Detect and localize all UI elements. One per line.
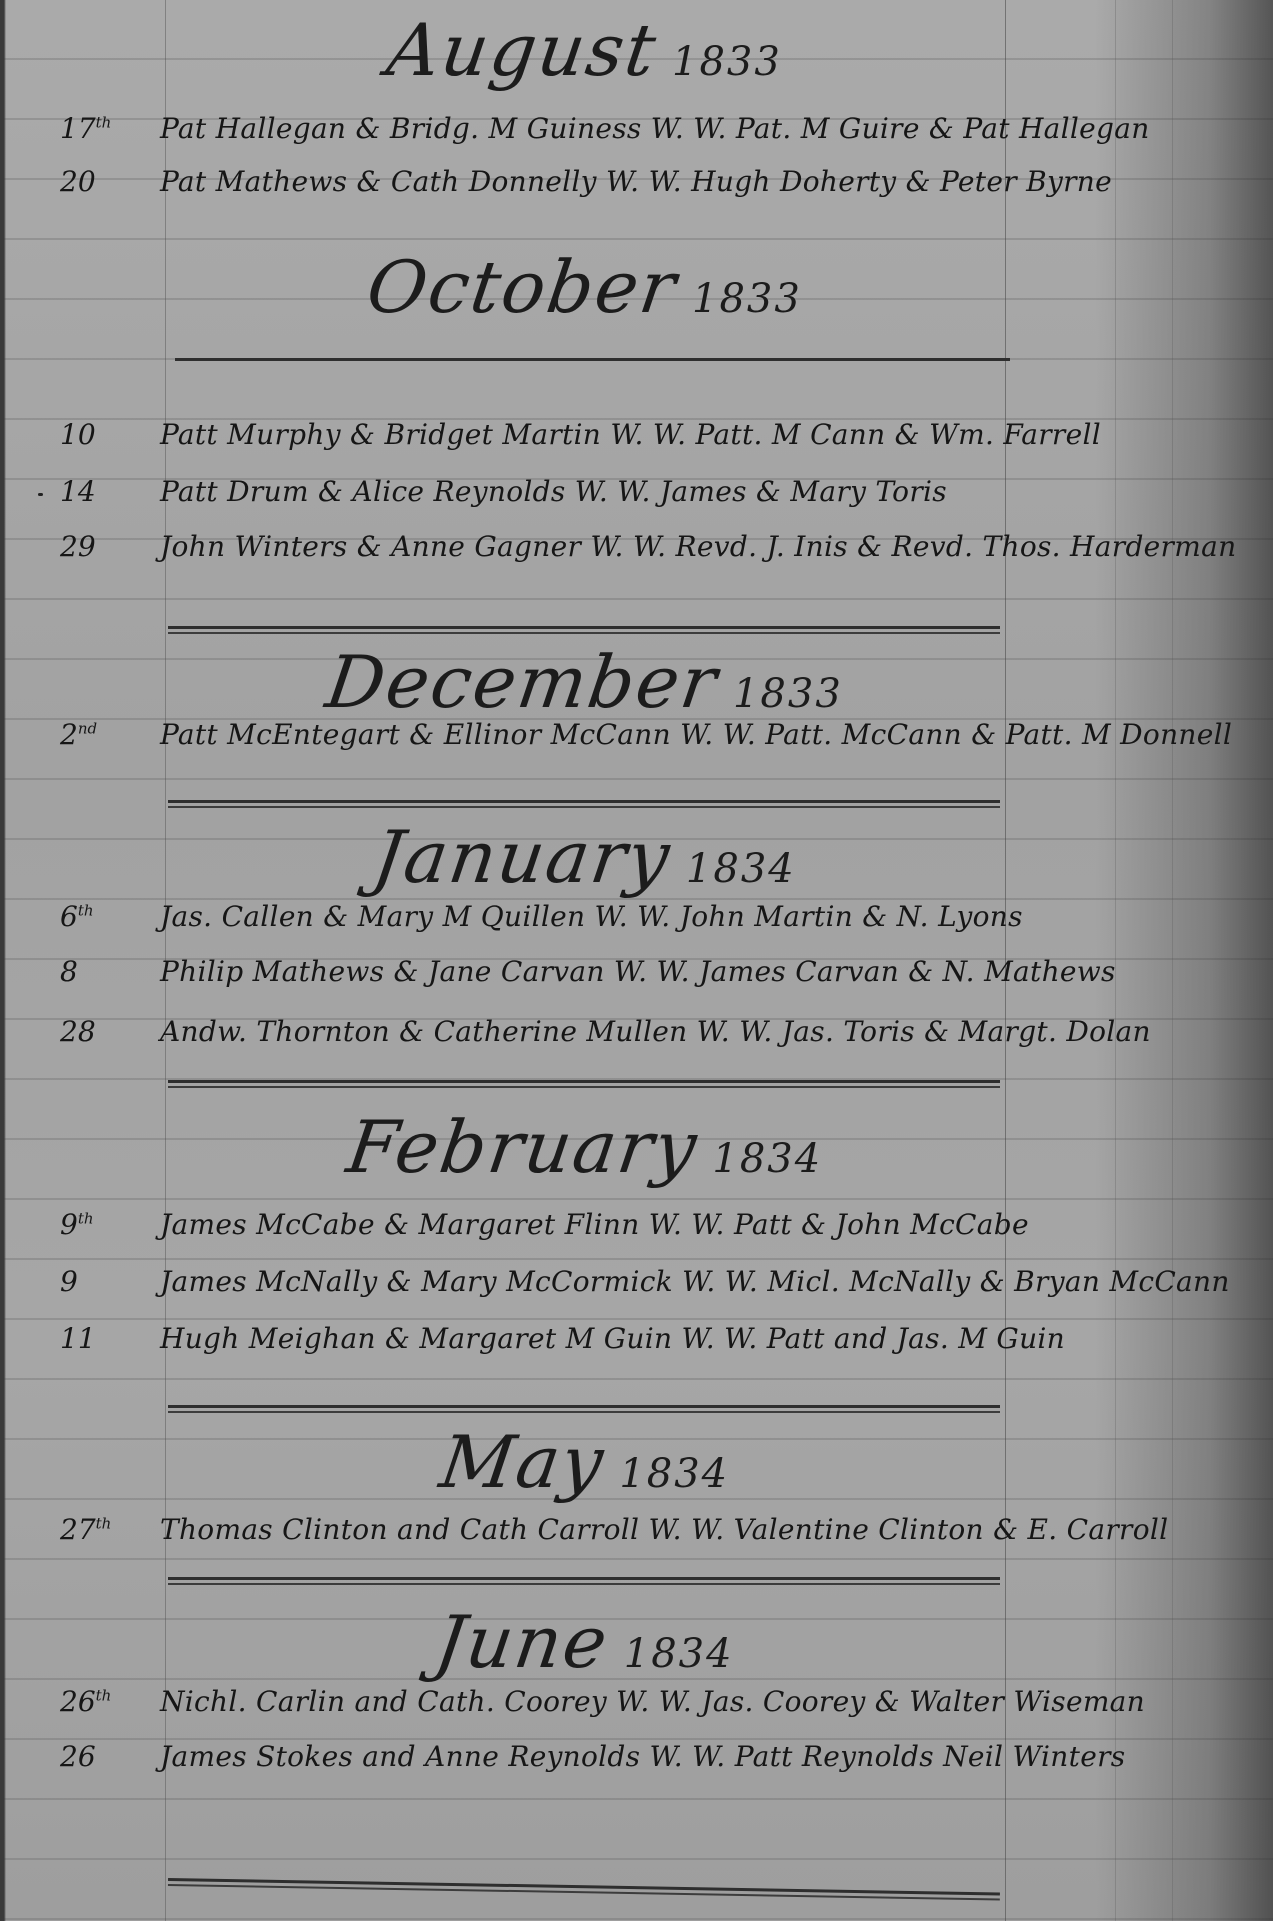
register-entry: 11 Hugh Meighan & Margaret M Guin W. W. … [50,1322,1265,1372]
entry-day: 17th [50,112,160,145]
month-heading-august-1833: August 1833 [170,8,1000,92]
month-name: August [382,8,663,92]
entry-day: 28 [50,1015,160,1048]
entry-text: Patt McEntegart & Ellinor McCann W. W. P… [160,718,1232,751]
section-rule [168,1577,1000,1585]
entry-day: 8 [50,955,160,988]
entry-text: Pat Mathews & Cath Donnelly W. W. Hugh D… [160,165,1112,198]
ink-mark [38,493,43,496]
section-rule [175,358,1010,363]
month-name: February [342,1105,703,1189]
entry-day: 9th [50,1208,160,1241]
entry-text: Patt Drum & Alice Reynolds W. W. James &… [160,475,947,508]
month-heading-may-1834: May 1834 [170,1420,1000,1504]
section-rule [168,626,1000,634]
register-entry: 26th Nichl. Carlin and Cath. Coorey W. W… [50,1685,1265,1735]
entry-text: Hugh Meighan & Margaret M Guin W. W. Pat… [160,1322,1065,1355]
entry-text: Patt Murphy & Bridget Martin W. W. Patt.… [160,418,1101,451]
year: 1834 [624,1631,734,1677]
entry-text: Philip Mathews & Jane Carvan W. W. James… [160,955,1116,988]
section-rule [168,1878,1000,1901]
entry-text: James McCabe & Margaret Flinn W. W. Patt… [160,1208,1029,1241]
entry-day: 27th [50,1513,160,1546]
month-name: October [362,245,683,329]
ledger-page: August 1833 17th Pat Hallegan & Bridg. M… [0,0,1273,1921]
month-name: May [435,1420,610,1504]
entry-day: 6th [50,900,160,933]
register-entry: 26 James Stokes and Anne Reynolds W. W. … [50,1740,1265,1790]
year: 1833 [733,671,843,717]
register-entry: 8 Philip Mathews & Jane Carvan W. W. Jam… [50,955,1265,1005]
entry-text: Andw. Thornton & Catherine Mullen W. W. … [160,1015,1151,1048]
entry-day: 20 [50,165,160,198]
section-rule [168,1080,1000,1088]
month-heading-january-1834: January 1834 [170,815,1000,899]
month-heading-december-1833: December 1833 [170,640,1000,724]
entry-day: 14 [50,475,160,508]
year: 1833 [692,276,802,322]
register-entry: 2nd Patt McEntegart & Ellinor McCann W. … [50,718,1265,768]
entry-day: 26th [50,1685,160,1718]
entry-text: Nichl. Carlin and Cath. Coorey W. W. Jas… [160,1685,1145,1718]
entry-day: 11 [50,1322,160,1355]
register-entry: 9 James McNally & Mary McCormick W. W. M… [50,1265,1265,1315]
entry-day: 10 [50,418,160,451]
month-heading-february-1834: February 1834 [170,1105,1000,1189]
entry-text: James McNally & Mary McCormick W. W. Mic… [160,1265,1230,1298]
entry-text: Jas. Callen & Mary M Quillen W. W. John … [160,900,1023,933]
year: 1834 [686,846,796,892]
register-entry: 27th Thomas Clinton and Cath Carroll W. … [50,1513,1265,1563]
register-entry: 14 Patt Drum & Alice Reynolds W. W. Jame… [50,475,1265,525]
register-entry: 6th Jas. Callen & Mary M Quillen W. W. J… [50,900,1265,950]
month-heading-october-1833: October 1833 [170,245,1000,329]
entry-day: 9 [50,1265,160,1298]
entry-day: 2nd [50,718,160,751]
register-entry: 29 John Winters & Anne Gagner W. W. Revd… [50,530,1265,580]
register-entry: 28 Andw. Thornton & Catherine Mullen W. … [50,1015,1265,1065]
year: 1833 [672,39,782,85]
register-entry: 20 Pat Mathews & Cath Donnelly W. W. Hug… [50,165,1265,215]
register-entry: 9th James McCabe & Margaret Flinn W. W. … [50,1208,1265,1258]
entry-day: 29 [50,530,160,563]
entry-day: 26 [50,1740,160,1773]
month-name: December [321,640,723,724]
entry-text: Pat Hallegan & Bridg. M Guiness W. W. Pa… [160,112,1150,145]
month-name: January [368,815,676,899]
register-entry: 10 Patt Murphy & Bridget Martin W. W. Pa… [50,418,1265,468]
entry-text: Thomas Clinton and Cath Carroll W. W. Va… [160,1513,1168,1546]
section-rule [168,800,1000,808]
entry-text: John Winters & Anne Gagner W. W. Revd. J… [160,530,1236,563]
section-rule [168,1405,1000,1413]
year: 1834 [619,1451,729,1497]
month-heading-june-1834: June 1834 [170,1600,1000,1684]
month-name: June [431,1600,615,1684]
register-entry: 17th Pat Hallegan & Bridg. M Guiness W. … [50,112,1265,162]
entry-text: James Stokes and Anne Reynolds W. W. Pat… [160,1740,1125,1773]
year: 1834 [712,1136,822,1182]
